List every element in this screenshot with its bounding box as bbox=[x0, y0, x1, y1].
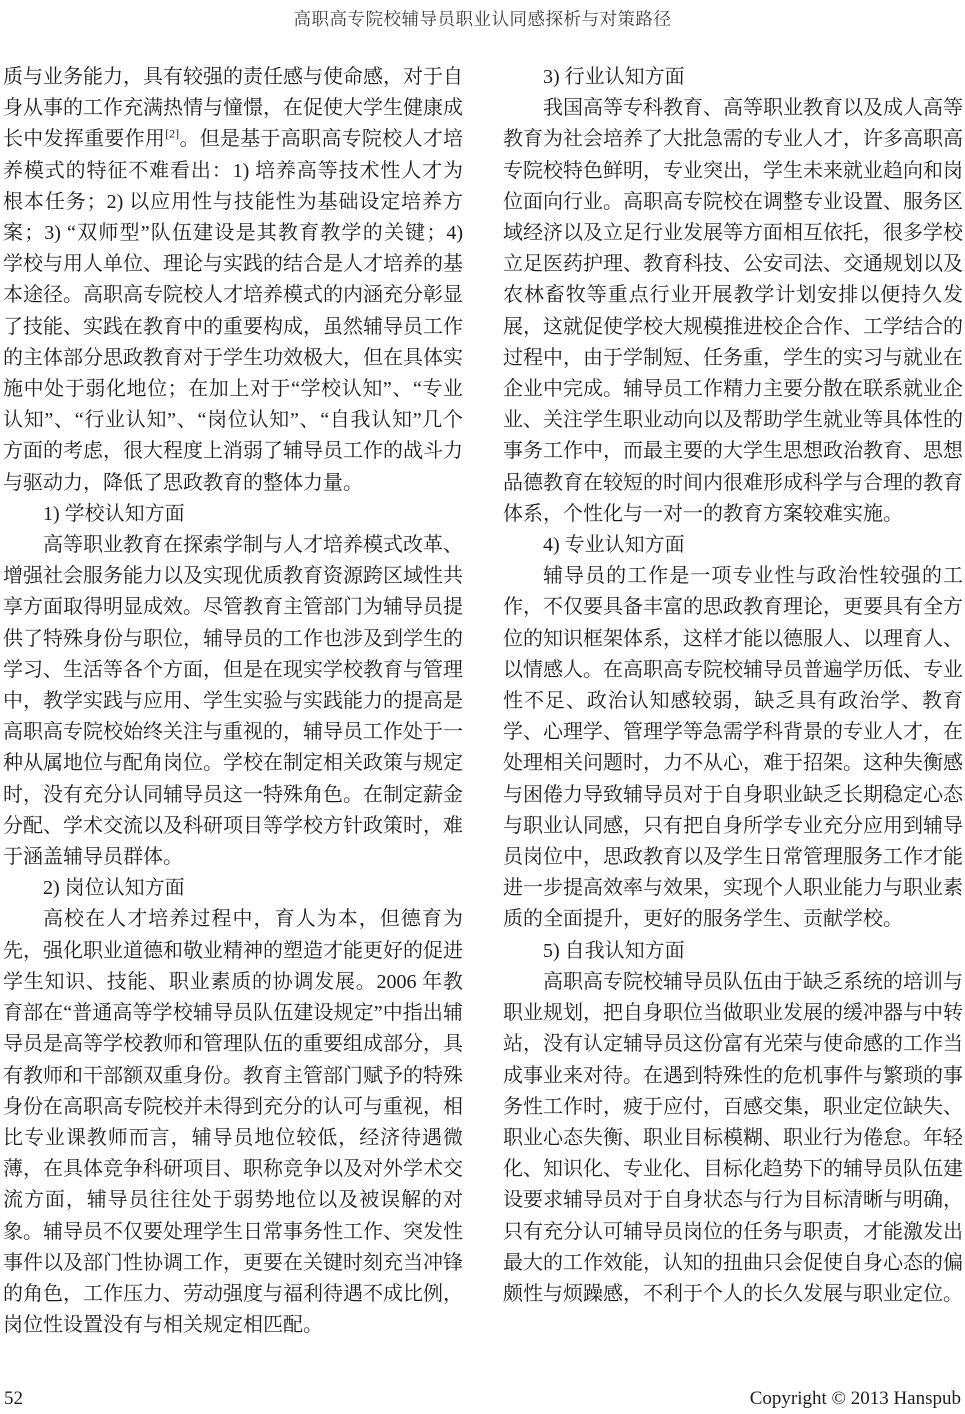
section-heading-post-cognition: 2) 岗位认知方面 bbox=[3, 873, 463, 904]
section-heading-major-cognition: 4) 专业认知方面 bbox=[503, 530, 963, 561]
running-header-title: 高职高专院校辅导员职业认同感探析与对策路径 bbox=[0, 6, 965, 31]
section-heading-school-cognition: 1) 学校认知方面 bbox=[3, 499, 463, 530]
paragraph-industry-cognition: 我国高等专科教育、高等职业教育以及成人高等教育为社会培养了大批急需的专业人才，许… bbox=[503, 93, 963, 530]
paragraph-school-cognition: 高等职业教育在探索学制与人才培养模式改革、增强社会服务能力以及实现优质教育资源跨… bbox=[3, 530, 463, 873]
right-column: 3) 行业认知方面 我国高等专科教育、高等职业教育以及成人高等教育为社会培养了大… bbox=[503, 62, 963, 1341]
paragraph-text: 。但是基于高职高专院校人才培养模式的特征不难看出：1) 培养高等技术性人才为根本… bbox=[3, 128, 463, 493]
paragraph-post-cognition: 高校在人才培养过程中，育人为本，但德育为先，强化职业道德和敬业精神的塑造才能更好… bbox=[3, 904, 463, 1341]
copyright-notice: Copyright © 2013 Hanspub bbox=[750, 1388, 961, 1410]
page-number: 52 bbox=[4, 1388, 23, 1410]
paragraph-major-cognition: 辅导员的工作是一项专业性与政治性较强的工作，不仅要具备丰富的思政教育理论，更要具… bbox=[503, 561, 963, 935]
left-column: 质与业务能力，具有较强的责任感与使命感，对于自身从事的工作充满热情与憧憬，在促使… bbox=[3, 62, 463, 1341]
section-heading-industry-cognition: 3) 行业认知方面 bbox=[503, 62, 963, 93]
paragraph-intro-continued: 质与业务能力，具有较强的责任感与使命感，对于自身从事的工作充满热情与憧憬，在促使… bbox=[3, 62, 463, 499]
section-heading-self-cognition: 5) 自我认知方面 bbox=[503, 936, 963, 967]
document-page: 高职高专院校辅导员职业认同感探析与对策路径 质与业务能力，具有较强的责任感与使命… bbox=[0, 0, 965, 1414]
paragraph-self-cognition: 高职高专院校辅导员队伍由于缺乏系统的培训与职业规划，把自身职位当做职业发展的缓冲… bbox=[503, 967, 963, 1310]
two-column-body: 质与业务能力，具有较强的责任感与使命感，对于自身从事的工作充满热情与憧憬，在促使… bbox=[3, 62, 962, 1341]
citation-ref: [2] bbox=[165, 127, 179, 141]
